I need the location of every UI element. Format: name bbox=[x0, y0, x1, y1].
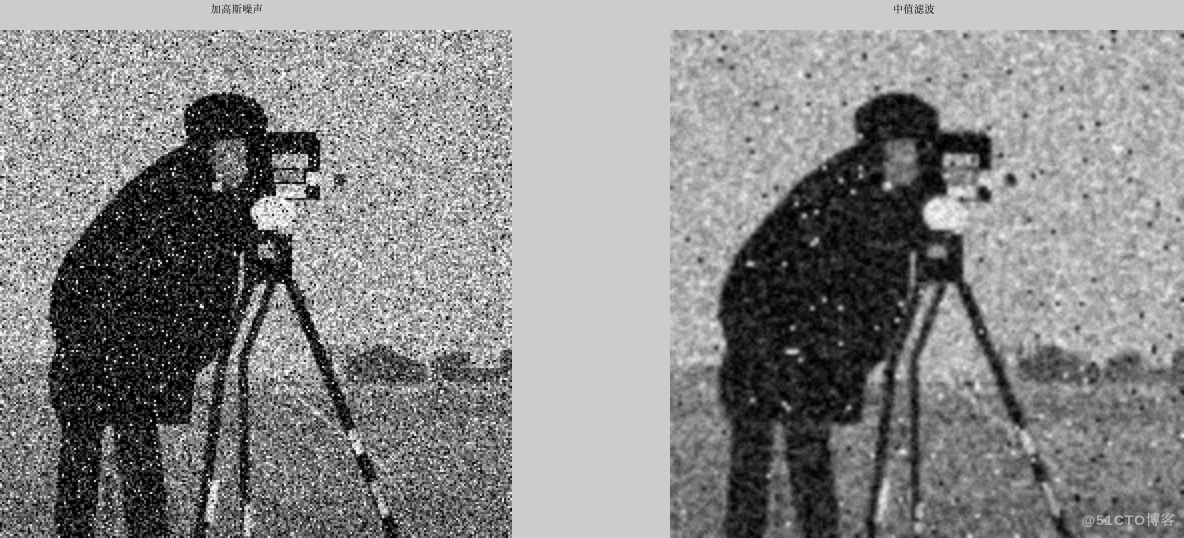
filtered-cameraman-image bbox=[670, 30, 1184, 538]
panel-gaussian-noise: 加高斯噪声 bbox=[0, 0, 512, 538]
noisy-cameraman-image bbox=[0, 30, 512, 538]
panel-title-median-filter: 中值滤波 bbox=[893, 4, 935, 18]
panel-title-gaussian-noise: 加高斯噪声 bbox=[211, 4, 264, 18]
matlab-figure-window: 加高斯噪声 中值滤波 @51CTO博客 bbox=[0, 0, 1184, 538]
panel-median-filter: 中值滤波 @51CTO博客 bbox=[670, 0, 1184, 538]
